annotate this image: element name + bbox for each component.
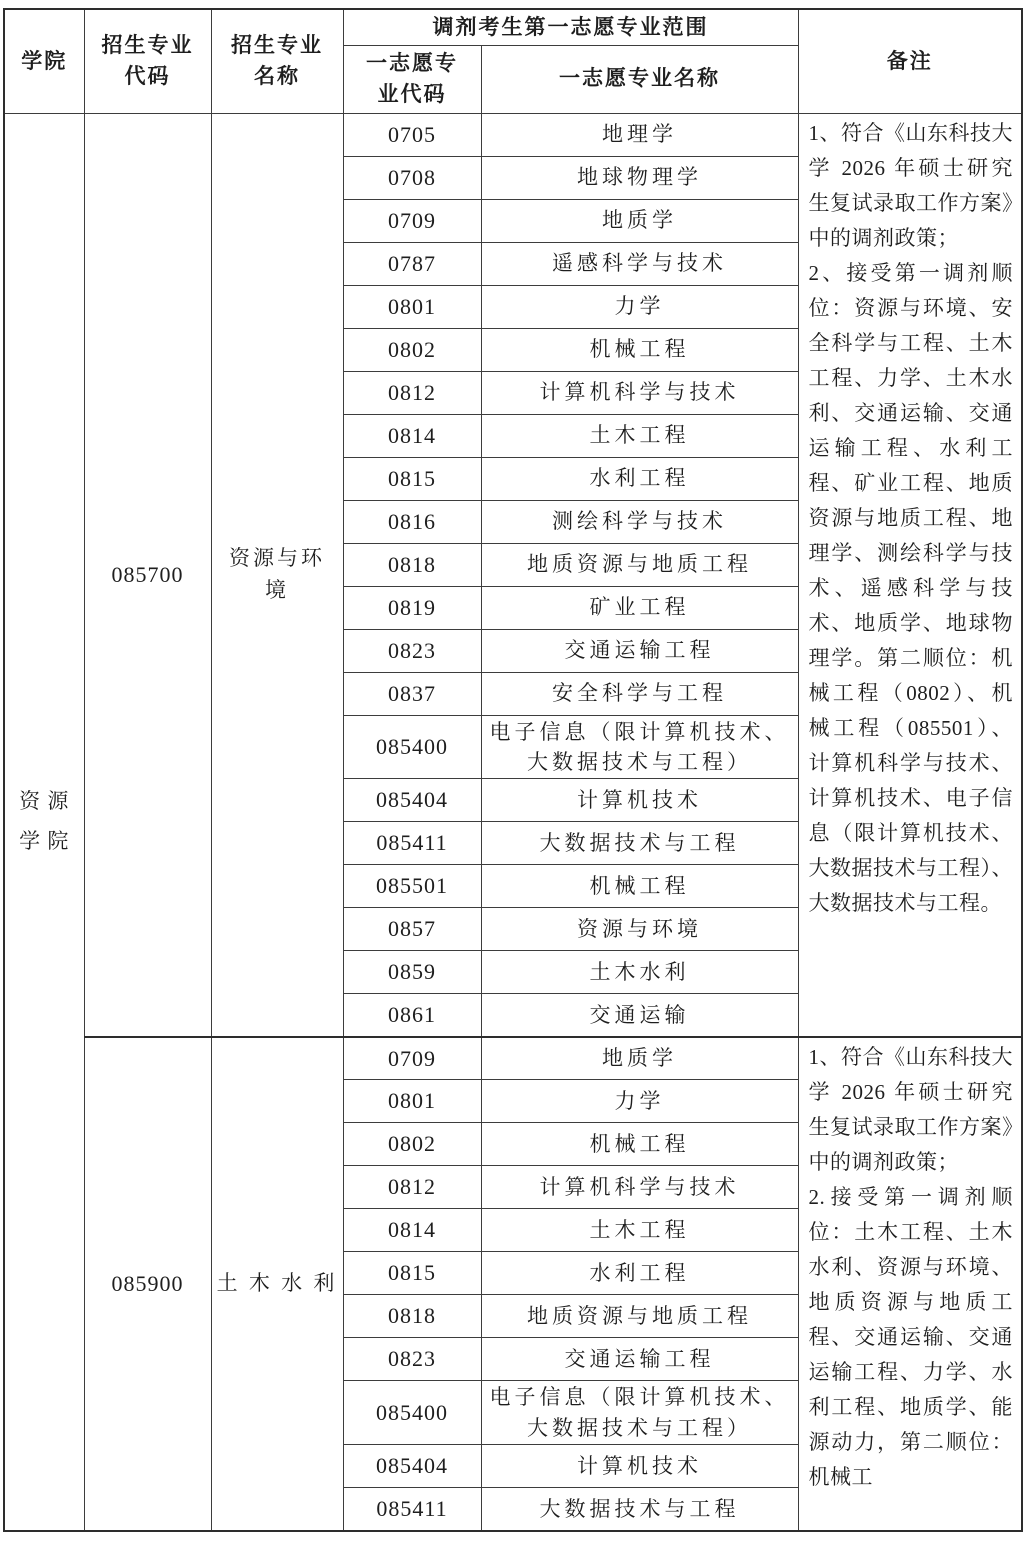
major-name-cell: 机械工程 [481, 1123, 798, 1166]
major-name-cell: 遥感科学与技术 [481, 242, 798, 285]
major-code-cell: 0812 [343, 371, 481, 414]
header-row-1: 学院 招生专业 代码 招生专业 名称 调剂考生第一志愿专业范围 备注 [4, 9, 1022, 45]
header-remark: 备注 [798, 9, 1022, 113]
major-code-cell: 085400 [343, 715, 481, 779]
major-name-cell: 机械工程 [481, 865, 798, 908]
major-name-cell: 地质资源与地质工程 [481, 1295, 798, 1338]
remark-cell: 1、符合《山东科技大学 2026 年硕士研究生复试录取工作方案》中的调剂政策； … [798, 1037, 1022, 1531]
major-name-cell: 土木工程 [481, 1209, 798, 1252]
major-name-cell: 计算机科学与技术 [481, 1166, 798, 1209]
major-code-cell: 0801 [343, 285, 481, 328]
major-code-cell: 0801 [343, 1080, 481, 1123]
major-code-cell: 0814 [343, 414, 481, 457]
major-code-cell: 0857 [343, 908, 481, 951]
admission-code-cell: 085700 [84, 113, 211, 1037]
major-code-cell: 0859 [343, 951, 481, 994]
table-row: 085900土 木 水 利0709地质学1、符合《山东科技大学 2026 年硕士… [4, 1037, 1022, 1080]
major-name-cell: 测绘科学与技术 [481, 500, 798, 543]
major-name-cell: 力学 [481, 285, 798, 328]
major-name-cell: 地质资源与地质工程 [481, 543, 798, 586]
major-code-cell: 0818 [343, 543, 481, 586]
major-code-cell: 0837 [343, 672, 481, 715]
major-code-cell: 0802 [343, 328, 481, 371]
major-name-cell: 地质学 [481, 1037, 798, 1080]
major-name-cell: 计算机科学与技术 [481, 371, 798, 414]
table-row: 资 源 学 院085700资源与环 境0705地理学1、符合《山东科技大学 20… [4, 113, 1022, 156]
major-code-cell: 0709 [343, 199, 481, 242]
major-name-cell: 力学 [481, 1080, 798, 1123]
remark-cell: 1、符合《山东科技大学 2026 年硕士研究生复试录取工作方案》中的调剂政策； … [798, 113, 1022, 1037]
major-name-cell: 大数据技术与工程 [481, 822, 798, 865]
header-first-choice-code: 一志愿专 业代码 [343, 45, 481, 113]
major-code-cell: 0705 [343, 113, 481, 156]
header-admission-code: 招生专业 代码 [84, 9, 211, 113]
table-body: 资 源 学 院085700资源与环 境0705地理学1、符合《山东科技大学 20… [4, 113, 1022, 1531]
major-code-cell: 0816 [343, 500, 481, 543]
table-header: 学院 招生专业 代码 招生专业 名称 调剂考生第一志愿专业范围 备注 一志愿专 … [4, 9, 1022, 113]
major-code-cell: 085411 [343, 822, 481, 865]
major-name-cell: 资源与环境 [481, 908, 798, 951]
major-code-cell: 0812 [343, 1166, 481, 1209]
major-code-cell: 0823 [343, 629, 481, 672]
major-code-cell: 0819 [343, 586, 481, 629]
document-page: 学院 招生专业 代码 招生专业 名称 调剂考生第一志愿专业范围 备注 一志愿专 … [0, 0, 1024, 1532]
major-name-cell: 水利工程 [481, 1252, 798, 1295]
header-first-choice-name: 一志愿专业名称 [481, 45, 798, 113]
major-code-cell: 0709 [343, 1037, 481, 1080]
major-code-cell: 0708 [343, 156, 481, 199]
admission-code-cell: 085900 [84, 1037, 211, 1531]
major-name-cell: 安全科学与工程 [481, 672, 798, 715]
admission-name-cell: 土 木 水 利 [211, 1037, 343, 1531]
major-code-cell: 085411 [343, 1488, 481, 1531]
major-name-cell: 地质学 [481, 199, 798, 242]
major-name-cell: 交通运输工程 [481, 629, 798, 672]
major-name-cell: 地球物理学 [481, 156, 798, 199]
major-name-cell: 交通运输工程 [481, 1338, 798, 1381]
major-name-cell: 矿业工程 [481, 586, 798, 629]
major-code-cell: 085404 [343, 1445, 481, 1488]
major-name-cell: 计算机技术 [481, 779, 798, 822]
header-college: 学院 [4, 9, 84, 113]
major-name-cell: 计算机技术 [481, 1445, 798, 1488]
major-code-cell: 0814 [343, 1209, 481, 1252]
admission-name-cell: 资源与环 境 [211, 113, 343, 1037]
major-code-cell: 0823 [343, 1338, 481, 1381]
major-code-cell: 085400 [343, 1381, 481, 1445]
major-code-cell: 0861 [343, 994, 481, 1037]
major-name-cell: 电子信息（限计算机技术、大数据技术与工程） [481, 715, 798, 779]
major-code-cell: 0787 [343, 242, 481, 285]
major-name-cell: 水利工程 [481, 457, 798, 500]
major-code-cell: 0815 [343, 1252, 481, 1295]
major-name-cell: 交通运输 [481, 994, 798, 1037]
major-code-cell: 0815 [343, 457, 481, 500]
major-code-cell: 0802 [343, 1123, 481, 1166]
college-cell: 资 源 学 院 [4, 113, 84, 1531]
major-name-cell: 土木水利 [481, 951, 798, 994]
major-name-cell: 地理学 [481, 113, 798, 156]
major-code-cell: 085501 [343, 865, 481, 908]
admissions-table: 学院 招生专业 代码 招生专业 名称 调剂考生第一志愿专业范围 备注 一志愿专 … [3, 8, 1023, 1532]
major-code-cell: 0818 [343, 1295, 481, 1338]
major-name-cell: 土木工程 [481, 414, 798, 457]
major-code-cell: 085404 [343, 779, 481, 822]
major-name-cell: 大数据技术与工程 [481, 1488, 798, 1531]
header-admission-name: 招生专业 名称 [211, 9, 343, 113]
major-name-cell: 机械工程 [481, 328, 798, 371]
major-name-cell: 电子信息（限计算机技术、大数据技术与工程） [481, 1381, 798, 1445]
header-first-choice-range: 调剂考生第一志愿专业范围 [343, 9, 798, 45]
